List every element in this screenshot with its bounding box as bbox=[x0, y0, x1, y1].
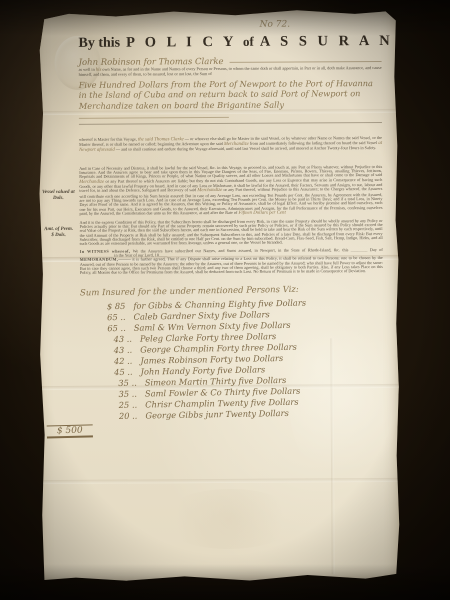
policy-document-paper: Vessel valued at Dols. Amt. of Prem. $ D… bbox=[36, 8, 401, 584]
subscriber-amount: 35 .. bbox=[91, 388, 145, 400]
blank-rule-line bbox=[79, 117, 229, 119]
subscriber-amount: 65 .. bbox=[80, 322, 134, 334]
printed-text: own Name, as for and in the Name and Nam… bbox=[79, 65, 382, 77]
title-by-this: By this bbox=[78, 36, 120, 51]
paragraph-master-clause: whereof is Master for this Voyage, the s… bbox=[79, 136, 382, 154]
subscriber-amount: 65 .. bbox=[80, 311, 134, 323]
subscriber-amount: 43 .. bbox=[86, 344, 140, 356]
subscription-list-header: Sum Insured for the under mentioned Pers… bbox=[80, 283, 383, 298]
subscriber-amount: 20 .. bbox=[91, 410, 145, 422]
paper-stain bbox=[159, 489, 299, 550]
subscription-list: $ 85for Gibbs & Channing Eighty five Dol… bbox=[79, 296, 384, 423]
margin-note-vessel-value: Vessel valued at Dols. bbox=[39, 190, 77, 202]
document-title: By this P O L I C Y of A S S U R A N C E… bbox=[78, 32, 381, 52]
subscription-total: $ 500 bbox=[47, 424, 93, 438]
subscriber-amount: $ 85 bbox=[79, 300, 133, 312]
title-policy: P O L I C Y bbox=[126, 34, 237, 51]
subscriber-amount: 35 .. bbox=[91, 377, 145, 389]
paragraph-condition-clause: And it is the express Condition of this … bbox=[80, 218, 383, 246]
blank-rule-line bbox=[230, 61, 382, 63]
margin-note-premium-amount: Amt. of Prem. $ Dols. bbox=[40, 227, 78, 239]
subscriber-amount: 45 .. bbox=[87, 366, 141, 378]
subscriber-amount: 42 .. bbox=[86, 355, 140, 367]
subscriber-amount: 43 .. bbox=[86, 333, 140, 345]
subscriber-amount: 25 .. bbox=[91, 399, 145, 411]
paragraph-assurance-clause: as well in his own Name, as for and in t… bbox=[79, 66, 382, 78]
document-text-column: No 72. By this P O L I C Y of A S S U R … bbox=[78, 8, 384, 437]
policy-number: No 72. bbox=[78, 19, 381, 31]
handwritten-insert: Fifteen Dollars per Cent bbox=[238, 211, 285, 216]
margin-note-label: Dols. bbox=[39, 196, 77, 202]
printed-text: And it is the express Condition of this … bbox=[80, 217, 383, 246]
printed-text: ——— it is further agreed, That if any Di… bbox=[80, 255, 383, 275]
voyage-description-text: Five Hundred Dollars from the Port of Ne… bbox=[79, 78, 373, 111]
margin-note-label: $ Dols. bbox=[40, 233, 78, 239]
photograph-background: Vessel valued at Dols. Amt. of Prem. $ D… bbox=[0, 0, 450, 600]
memorandum-clause: MEMORANDUM,——— it is further agreed, Tha… bbox=[80, 256, 383, 275]
title-of: of bbox=[243, 34, 254, 49]
title-assurance: A S S U R A N C E, bbox=[260, 33, 442, 50]
voyage-description-handwritten: Five Hundred Dollars from the Port of Ne… bbox=[79, 78, 382, 122]
paragraph-perils-clause: And in Case of Necessity and Distress, i… bbox=[79, 165, 382, 218]
printed-text: as well in bbox=[79, 67, 96, 72]
printed-text: — and so shall continue and endure durin… bbox=[115, 145, 376, 152]
